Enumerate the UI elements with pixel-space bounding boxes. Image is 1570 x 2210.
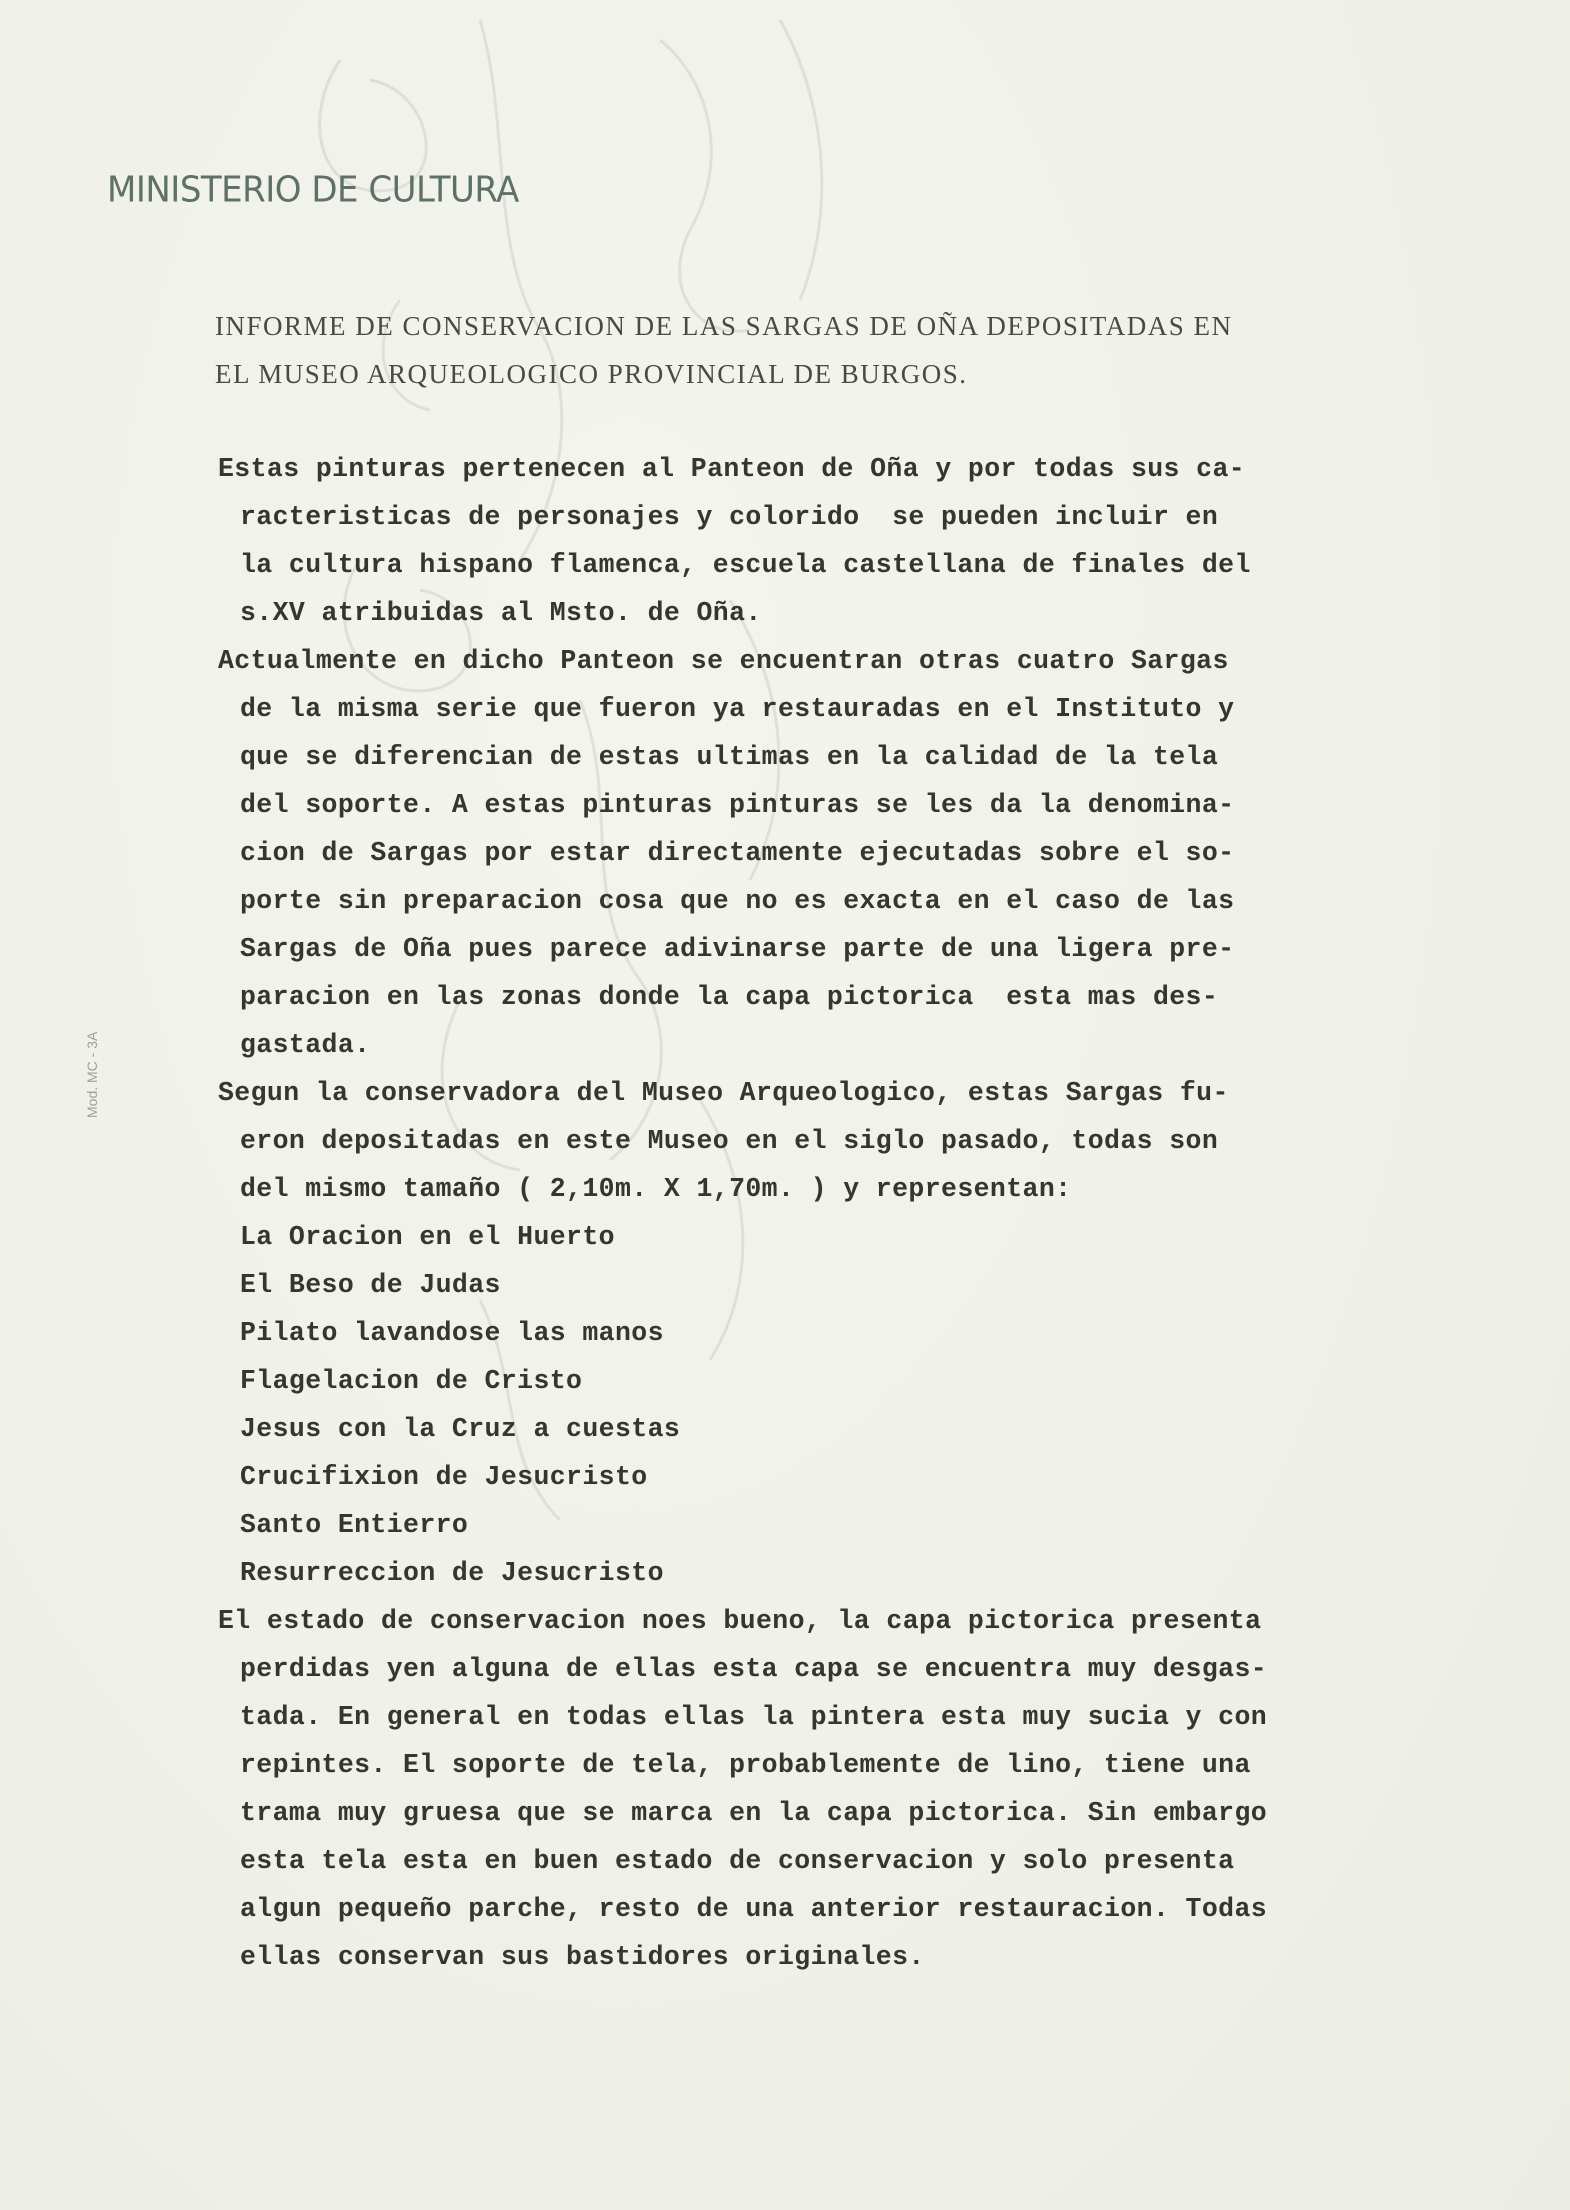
report-title-line: EL MUSEO ARQUEOLOGICO PROVINCIAL DE BURG… — [215, 350, 1233, 398]
text-line: algun pequeño parche, resto de una anter… — [218, 1885, 1267, 1933]
form-code: Mod. MC - 3A — [84, 1032, 100, 1118]
report-title-line: INFORME DE CONSERVACION DE LAS SARGAS DE… — [215, 302, 1233, 350]
text-line: trama muy gruesa que se marca en la capa… — [218, 1789, 1267, 1837]
text-line: racteristicas de personajes y colorido s… — [218, 493, 1267, 541]
text-line: de la misma serie que fueron ya restaura… — [218, 685, 1267, 733]
report-body: Estas pinturas pertenecen al Panteon de … — [218, 445, 1267, 1981]
list-item: Jesus con la Cruz a cuestas — [218, 1405, 1267, 1453]
list-item: Santo Entierro — [218, 1501, 1267, 1549]
paragraph-conservation-state: El estado de conservacion noes bueno, la… — [218, 1597, 1267, 1981]
text-line: Actualmente en dicho Panteon se encuentr… — [218, 637, 1267, 685]
text-line: repintes. El soporte de tela, probableme… — [218, 1741, 1267, 1789]
text-line: s.XV atribuidas al Msto. de Oña. — [218, 589, 1267, 637]
document-page: MINISTERIO DE CULTURA Mod. MC - 3A INFOR… — [0, 0, 1570, 2210]
text-line: Estas pinturas pertenecen al Panteon de … — [218, 445, 1267, 493]
text-line: eron depositadas en este Museo en el sig… — [218, 1117, 1267, 1165]
list-item: Pilato lavandose las manos — [218, 1309, 1267, 1357]
text-line: esta tela esta en buen estado de conserv… — [218, 1837, 1267, 1885]
paragraph-origin: Estas pinturas pertenecen al Panteon de … — [218, 445, 1267, 637]
text-line: Segun la conservadora del Museo Arqueolo… — [218, 1069, 1267, 1117]
report-title: INFORME DE CONSERVACION DE LAS SARGAS DE… — [215, 302, 1233, 398]
list-item: Resurreccion de Jesucristo — [218, 1549, 1267, 1597]
text-line: El estado de conservacion noes bueno, la… — [218, 1597, 1267, 1645]
paragraph-panteon: Actualmente en dicho Panteon se encuentr… — [218, 637, 1267, 1069]
text-line: cion de Sargas por estar directamente ej… — [218, 829, 1267, 877]
text-line: paracion en las zonas donde la capa pict… — [218, 973, 1267, 1021]
text-line: ellas conservan sus bastidores originale… — [218, 1933, 1267, 1981]
letterhead: MINISTERIO DE CULTURA — [107, 169, 519, 211]
list-item: El Beso de Judas — [218, 1261, 1267, 1309]
text-line: del mismo tamaño ( 2,10m. X 1,70m. ) y r… — [218, 1165, 1267, 1213]
text-line: porte sin preparacion cosa que no es exa… — [218, 877, 1267, 925]
list-item: La Oracion en el Huerto — [218, 1213, 1267, 1261]
list-item: Crucifixion de Jesucristo — [218, 1453, 1267, 1501]
text-line: que se diferencian de estas ultimas en l… — [218, 733, 1267, 781]
text-line: gastada. — [218, 1021, 1267, 1069]
text-line: tada. En general en todas ellas la pinte… — [218, 1693, 1267, 1741]
text-line: del soporte. A estas pinturas pinturas s… — [218, 781, 1267, 829]
paragraph-museo: Segun la conservadora del Museo Arqueolo… — [218, 1069, 1267, 1213]
text-line: Sargas de Oña pues parece adivinarse par… — [218, 925, 1267, 973]
text-line: perdidas yen alguna de ellas esta capa s… — [218, 1645, 1267, 1693]
sargas-list: La Oracion en el Huerto El Beso de Judas… — [218, 1213, 1267, 1597]
list-item: Flagelacion de Cristo — [218, 1357, 1267, 1405]
text-line: la cultura hispano flamenca, escuela cas… — [218, 541, 1267, 589]
